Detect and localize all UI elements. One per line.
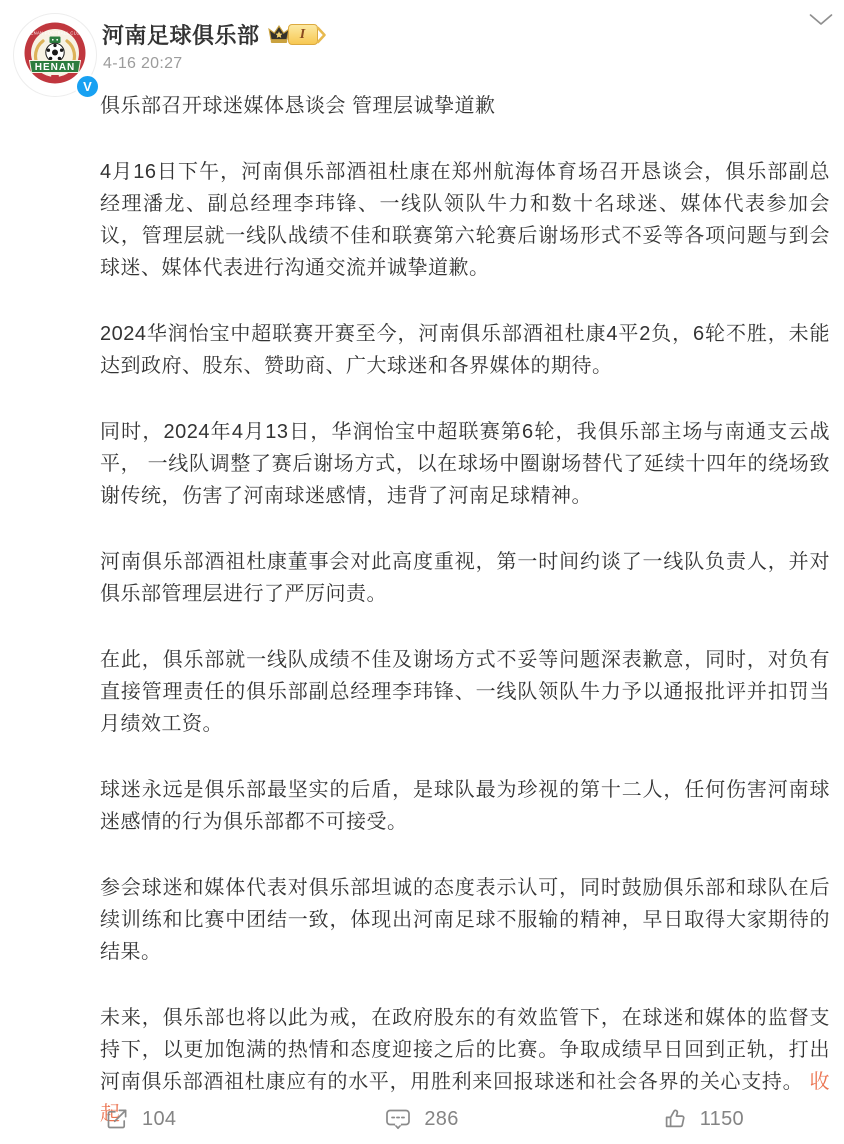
post-paragraph: 河南俱乐部酒祖杜康董事会对此高度重视，第一时间约谈了一线队负责人，并对俱乐部管理…: [100, 546, 830, 610]
like-count: 1150: [700, 1108, 744, 1131]
post-paragraph: 参会球迷和媒体代表对俱乐部坦诚的态度表示认可，同时鼓励俱乐部和球队在后续训练和比…: [100, 872, 830, 968]
crest-banner-text: HENAN: [35, 62, 76, 73]
post-paragraph: 在此，俱乐部就一线队成绩不佳及谢场方式不妥等问题深表歉意，同时，对负有直接管理责…: [100, 644, 830, 740]
thumbs-up-icon: [663, 1107, 687, 1131]
post-paragraph: 2024华润怡宝中超联赛开赛至今，河南俱乐部酒祖杜康4平2负，6轮不胜，未能达到…: [100, 318, 830, 382]
weibo-post: HENAN FOOTBALL CLUB HENAN V 河南足球俱乐部: [0, 0, 844, 1144]
crest-ring-text: HENAN FOOTBALL CLUB: [27, 31, 83, 36]
comment-icon: [385, 1107, 411, 1131]
like-button[interactable]: 1150: [563, 1107, 844, 1131]
post-timestamp: 4-16 20:27: [103, 55, 183, 73]
verified-badge: V: [75, 74, 100, 99]
post-text: 俱乐部召开球迷媒体恳谈会 管理层诚挚道歉4月16日下午，河南俱乐部酒祖杜康在郑州…: [100, 90, 830, 1130]
chevron-down-icon[interactable]: [806, 10, 836, 30]
vip-badge[interactable]: I: [267, 24, 327, 45]
author-row: 河南足球俱乐部 I: [102, 19, 327, 50]
comment-button[interactable]: 286: [281, 1107, 562, 1131]
comment-count: 286: [424, 1108, 458, 1131]
avatar[interactable]: HENAN FOOTBALL CLUB HENAN V: [13, 13, 99, 99]
crown-icon: [267, 24, 291, 45]
post-paragraph: 球迷永远是俱乐部最坚实的后盾，是球队最为珍视的第十二人，任何伤害河南球迷感情的行…: [100, 774, 830, 838]
post-paragraph: 同时，2024年4月13日，华润怡宝中超联赛第6轮，我俱乐部主场与南通支云战平，…: [100, 416, 830, 512]
author-name[interactable]: 河南足球俱乐部: [102, 19, 260, 50]
repost-button[interactable]: 104: [0, 1107, 281, 1131]
vip-level-badge: I: [288, 24, 318, 45]
repost-count: 104: [142, 1108, 176, 1131]
post-paragraph: 俱乐部召开球迷媒体恳谈会 管理层诚挚道歉: [100, 90, 830, 122]
action-bar: 104 286 1150: [0, 1096, 844, 1142]
vip-chevron-icon: [316, 25, 327, 45]
post-paragraph: 4月16日下午，河南俱乐部酒祖杜康在郑州航海体育场召开恳谈会，俱乐部副总经理潘龙…: [100, 156, 830, 284]
repost-share-icon: [105, 1107, 129, 1131]
